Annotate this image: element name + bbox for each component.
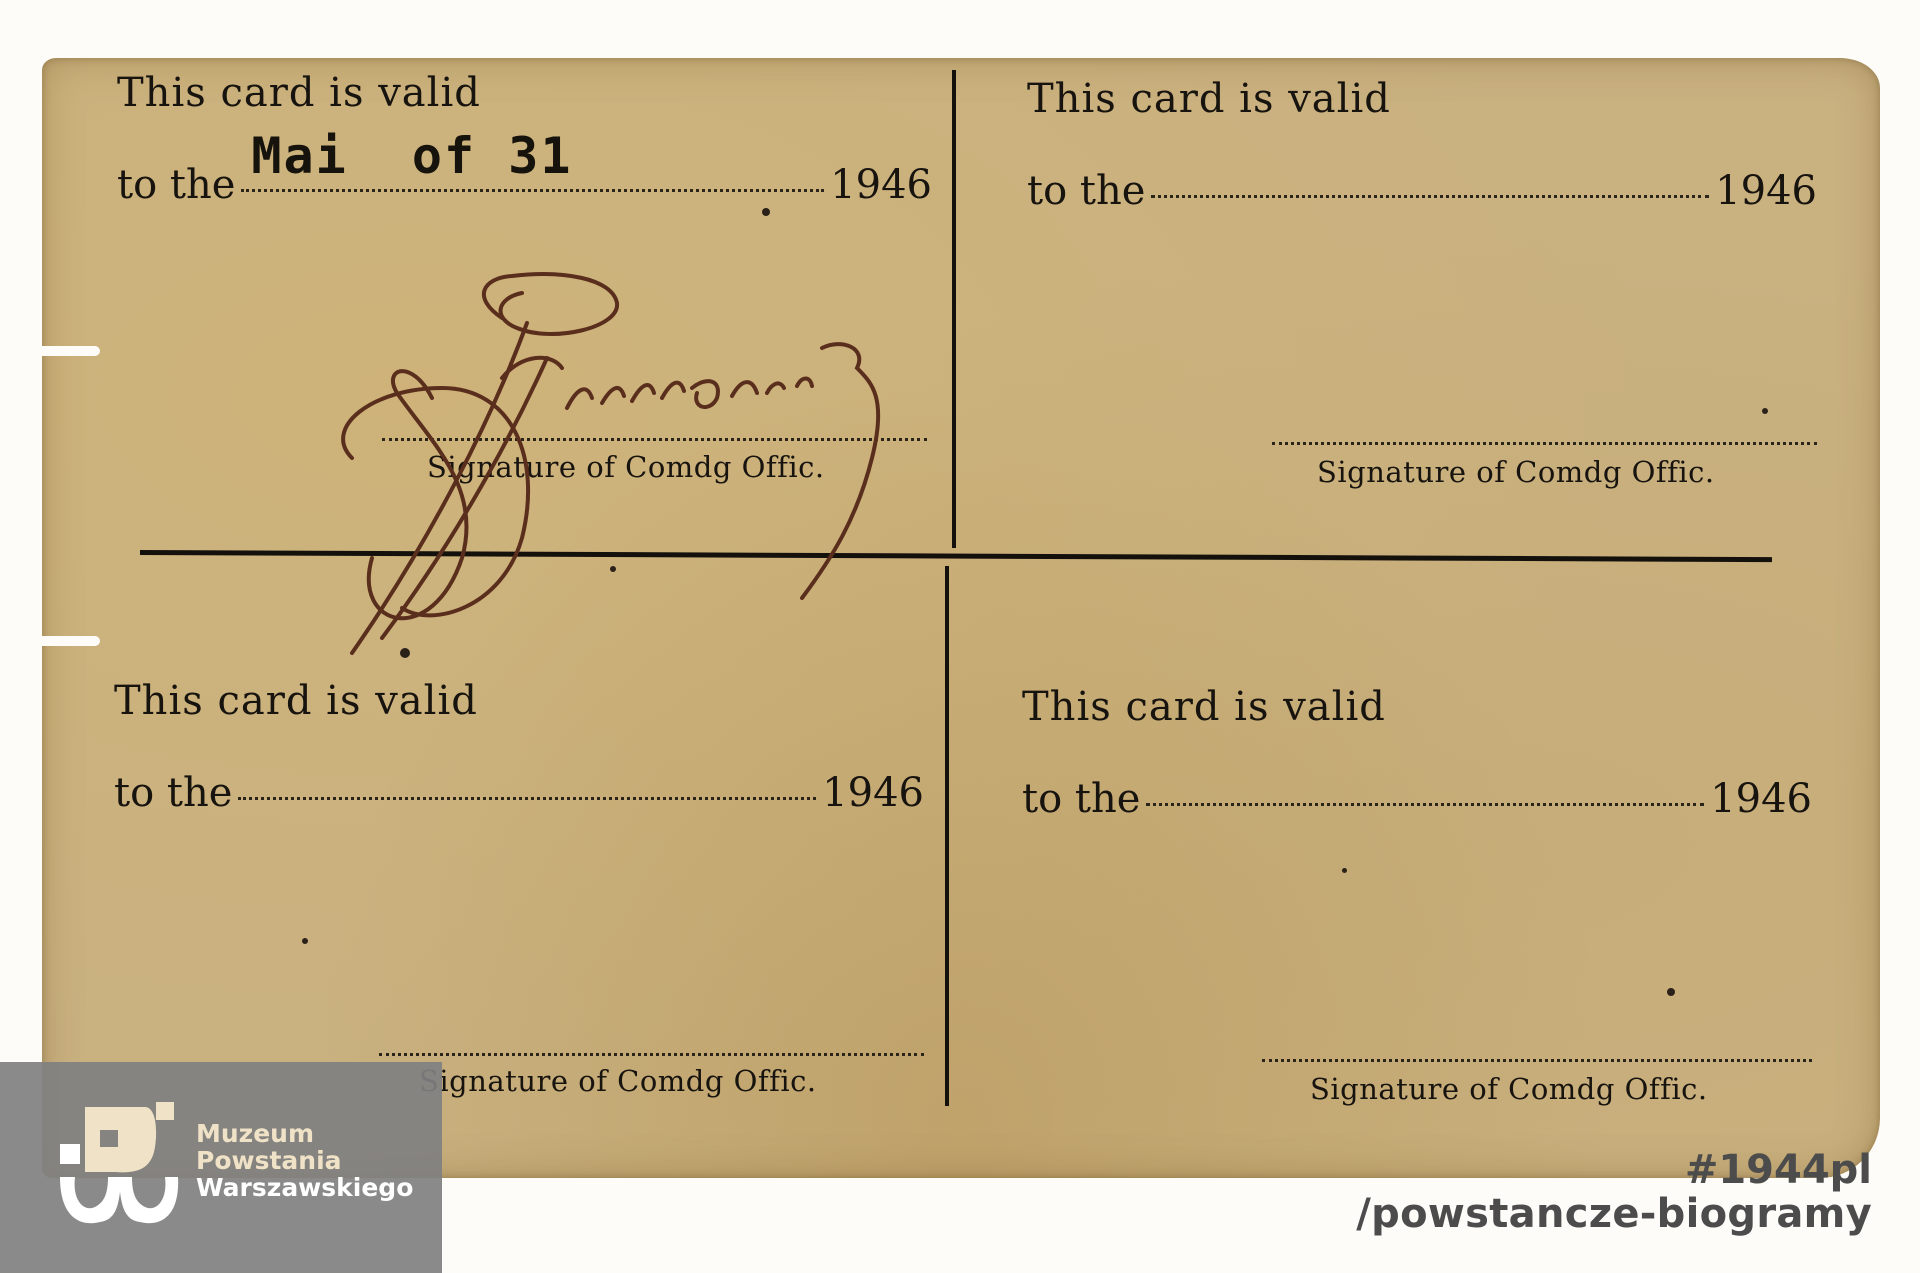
to-row: to the 1946: [114, 770, 924, 816]
to-text: to the: [1027, 168, 1145, 214]
quadrant-top-left: This card is valid to the Mai of 31 1946…: [117, 70, 932, 540]
hashtag: #1944pl: [1356, 1148, 1872, 1192]
museum-watermark: Muzeum Powstania Warszawskiego: [0, 1062, 442, 1273]
signature-label: Signature of Comdg Offic.: [419, 1064, 817, 1098]
quadrant-top-right: This card is valid to the 1946 Signature…: [1027, 70, 1817, 540]
warsaw-uprising-anchor-icon: [60, 1102, 180, 1227]
museum-name-line: Muzeum: [196, 1120, 413, 1147]
museum-name-line: Powstania: [196, 1147, 413, 1174]
date-fill-line: [1146, 803, 1704, 806]
date-fill-line: [238, 797, 816, 800]
to-row: to the 1946: [1022, 776, 1812, 822]
date-fill-line: [1151, 195, 1709, 198]
year: 1946: [822, 770, 924, 816]
typed-date: Mai of 31: [251, 127, 572, 185]
signature-line: [379, 1053, 924, 1056]
fold-notch: [40, 636, 100, 646]
valid-text: This card is valid: [1022, 684, 1386, 730]
date-fill-line: Mai of 31: [241, 189, 824, 192]
valid-text: This card is valid: [1027, 76, 1391, 122]
to-text: to the: [114, 770, 232, 816]
signature-label: Signature of Comdg Offic.: [1310, 1072, 1708, 1106]
year: 1946: [1710, 776, 1812, 822]
to-row: to the 1946: [1027, 168, 1817, 214]
collection-path: /powstancze-biogramy: [1356, 1192, 1872, 1236]
valid-text: This card is valid: [114, 678, 478, 724]
paper-speck: [610, 566, 616, 572]
validity-card: This card is valid to the Mai of 31 1946…: [42, 58, 1880, 1178]
vertical-divider-bottom: [945, 566, 949, 1106]
valid-text: This card is valid: [117, 70, 481, 116]
to-text: to the: [1022, 776, 1140, 822]
signature-line: [1272, 442, 1817, 445]
year: 1946: [1715, 168, 1817, 214]
paper-speck: [400, 648, 410, 658]
paper-speck: [762, 208, 770, 216]
hashtag-caption: #1944pl /powstancze-biogramy: [1356, 1148, 1872, 1236]
year: 1946: [830, 162, 932, 208]
to-text: to the: [117, 162, 235, 208]
quadrant-bottom-right: This card is valid to the 1946 Signature…: [1022, 684, 1812, 1164]
paper-speck: [302, 938, 308, 944]
paper-speck: [1762, 408, 1768, 414]
signature-line: [1262, 1059, 1812, 1062]
to-row: to the Mai of 31 1946: [117, 162, 932, 208]
fold-notch: [40, 346, 100, 356]
museum-name: Muzeum Powstania Warszawskiego: [196, 1120, 413, 1201]
horizontal-divider: [140, 550, 1772, 562]
paper-speck: [1342, 868, 1347, 873]
vertical-divider-top: [952, 70, 956, 548]
signature-label: Signature of Comdg Offic.: [427, 450, 825, 484]
signature-label: Signature of Comdg Offic.: [1317, 455, 1715, 489]
signature-line: [382, 438, 927, 441]
museum-name-line: Warszawskiego: [196, 1174, 413, 1201]
paper-speck: [1667, 988, 1675, 996]
